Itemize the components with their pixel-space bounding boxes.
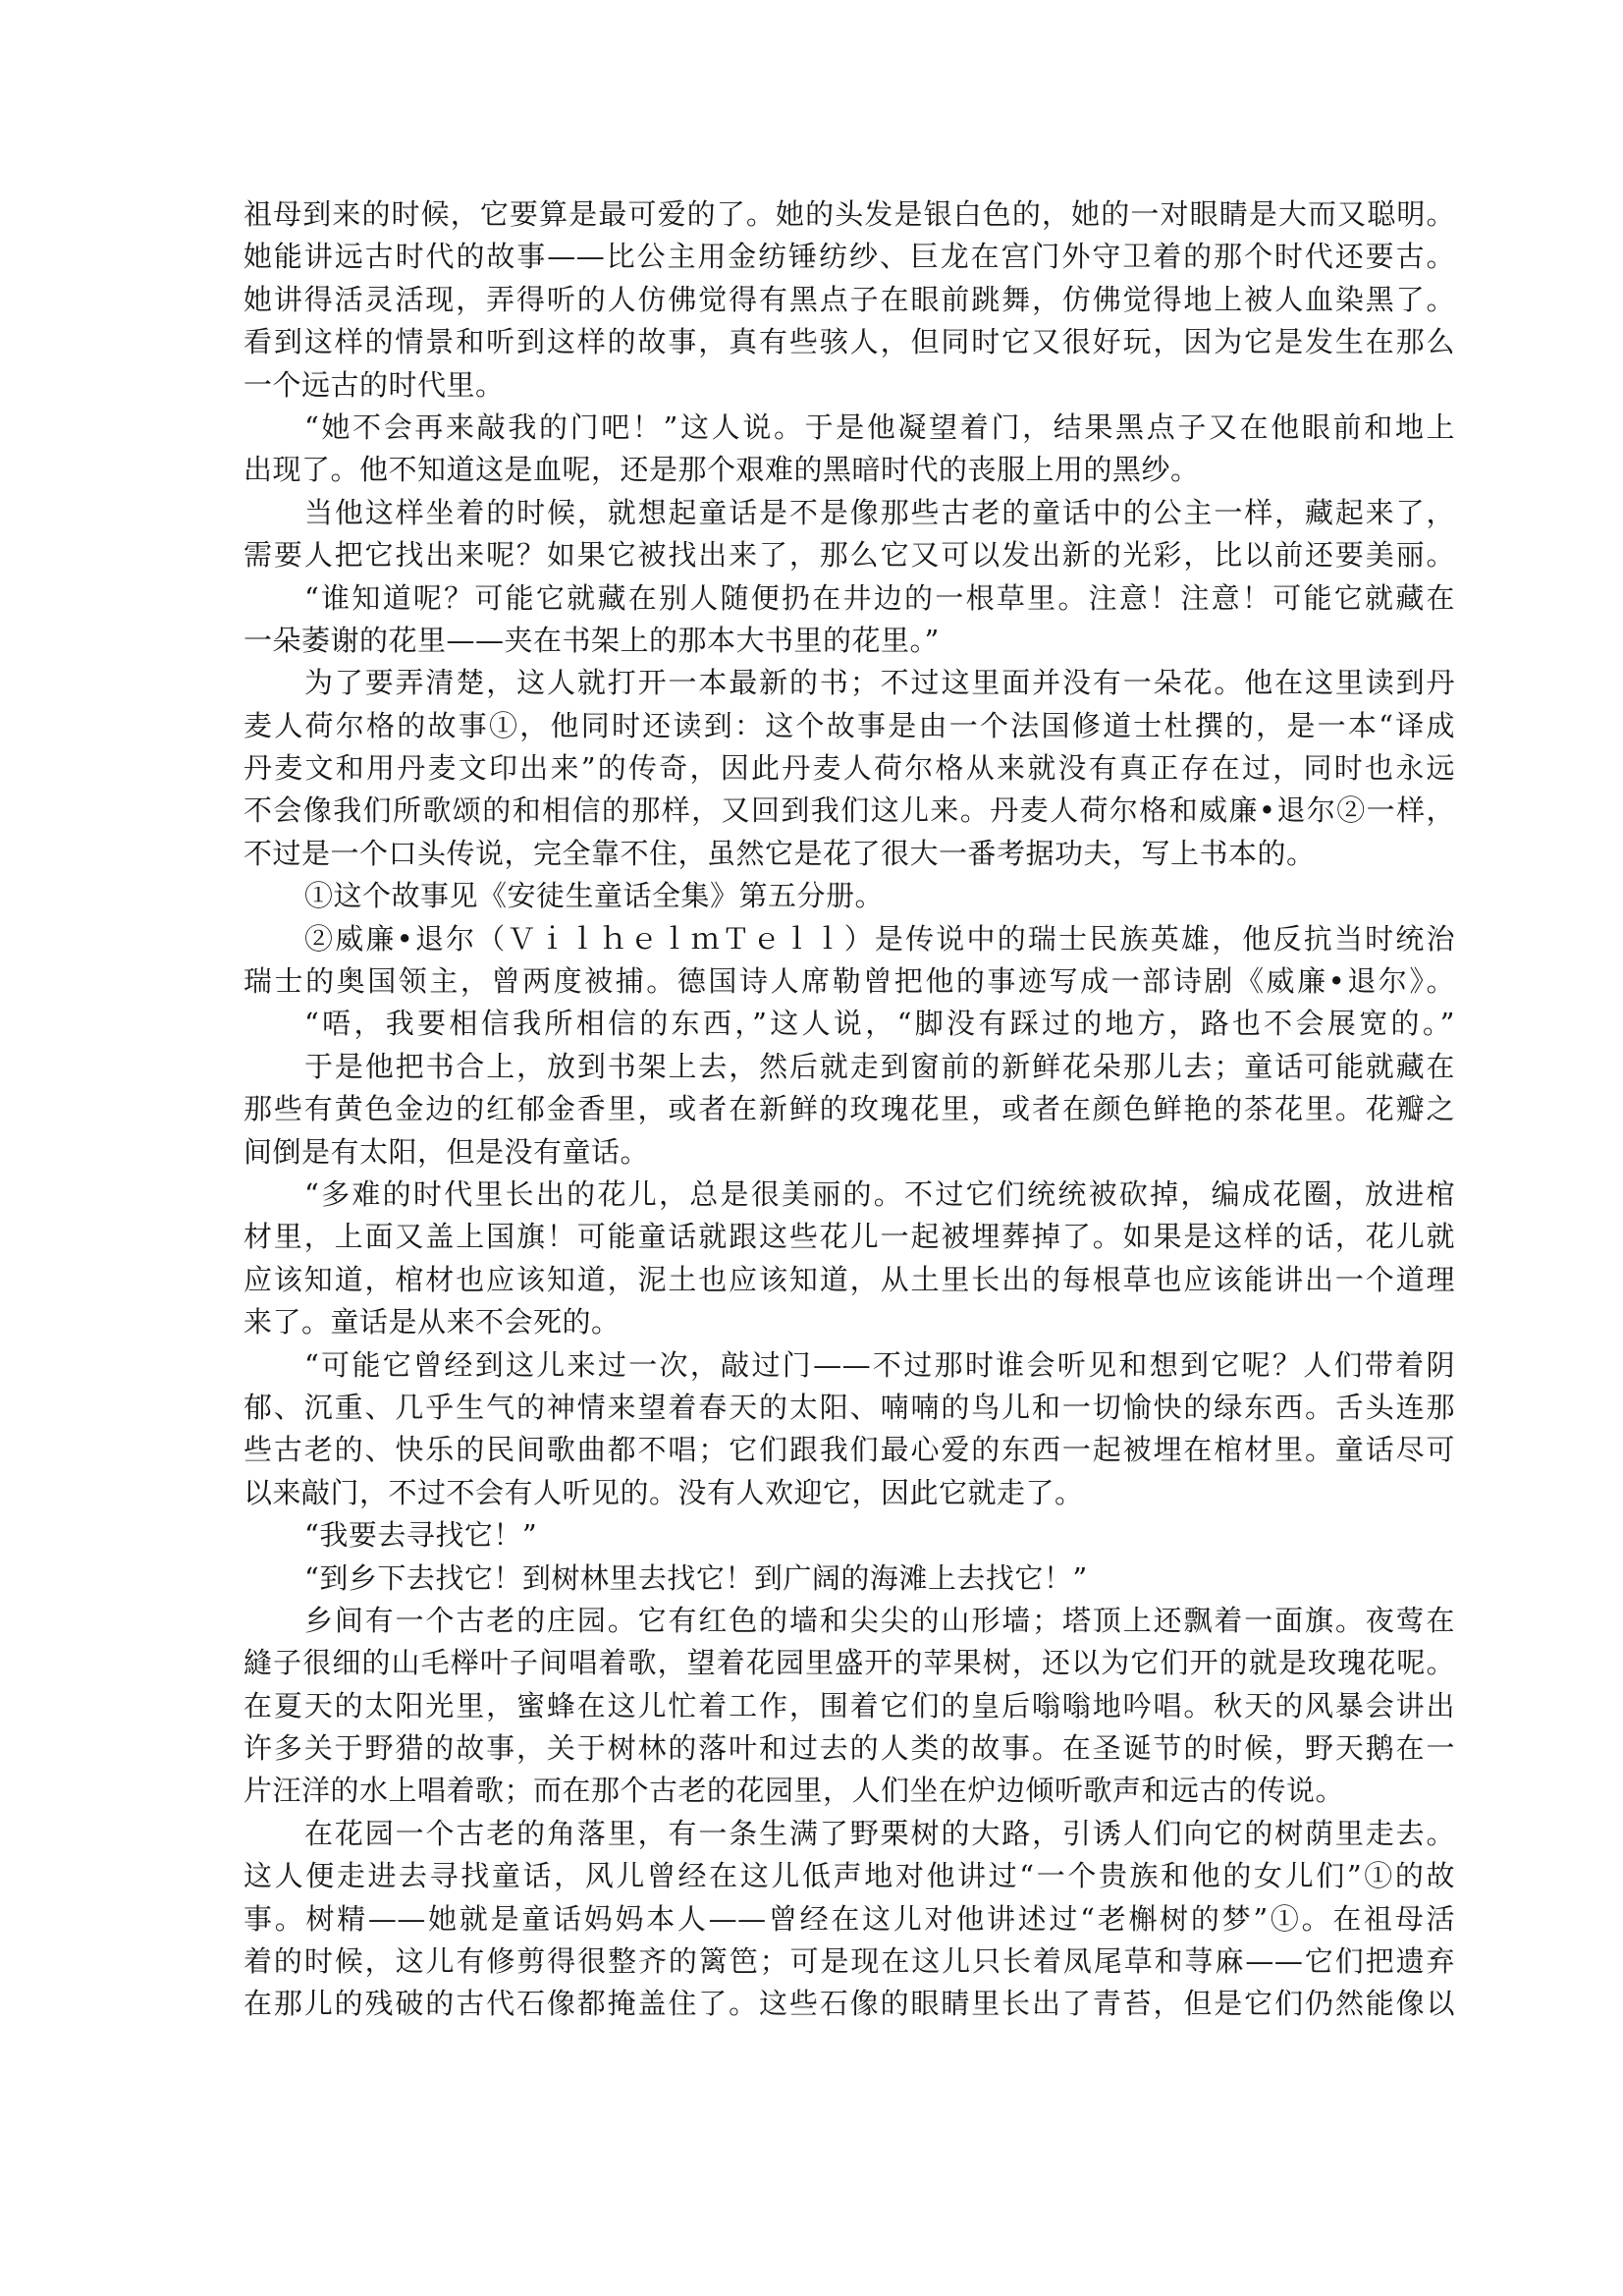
text-line: 于是他把书合上，放到书架上去，然后就走到窗前的新鲜花朵那儿去；童话可能就藏在 (243, 1046, 1455, 1088)
text-line: “到乡下去找它！到树林里去找它！到广阔的海滩上去找它！” (243, 1558, 1455, 1600)
text-line: 在那儿的残破的古代石像都掩盖住了。这些石像的眼睛里长出了青苔，但是它们仍然能像以 (243, 1983, 1455, 2025)
text-line: 当他这样坐着的时候，就想起童话是不是像那些古老的童话中的公主一样，藏起来了， (243, 492, 1455, 534)
text-line: “她不会再来敲我的门吧！”这人说。于是他凝望着门，结果黑点子又在他眼前和地上 (243, 407, 1455, 449)
text-line: 应该知道，棺材也应该知道，泥土也应该知道，从土里长出的每根草也应该能讲出一个道理 (243, 1259, 1455, 1301)
text-line: “谁知道呢？可能它就藏在别人随便扔在井边的一根草里。注意！注意！可能它就藏在 (243, 577, 1455, 620)
text-line: 在花园一个古老的角落里，有一条生满了野栗树的大路，引诱人们向它的树荫里走去。 (243, 1813, 1455, 1855)
document-page: 祖母到来的时候，它要算是最可爱的了。她的头发是银白色的，她的一对眼睛是大而又聪明… (0, 0, 1623, 2296)
text-line: 片汪洋的水上唱着歌；而在那个古老的花园里，人们坐在炉边倾听歌声和远古的传说。 (243, 1770, 1455, 1812)
text-line: 间倒是有太阳，但是没有童话。 (243, 1131, 1455, 1174)
text-line: 郁、沉重、几乎生气的神情来望着春天的太阳、喃喃的鸟儿和一切愉快的绿东西。舌头连那 (243, 1387, 1455, 1429)
text-line: 来了。童话是从来不会死的。 (243, 1301, 1455, 1343)
text-line: 不会像我们所歌颂的和相信的那样，又回到我们这儿来。丹麦人荷尔格和威廉•退尔②一样… (243, 790, 1455, 832)
text-line: 需要人把它找出来呢？如果它被找出来了，那么它又可以发出新的光彩，比以前还要美丽。 (243, 534, 1455, 576)
text-line: 着的时候，这儿有修剪得很整齐的篱笆；可是现在这儿只长着凤尾草和荨麻——它们把遗弃 (243, 1941, 1455, 1983)
text-line: 材里，上面又盖上国旗！可能童话就跟这些花儿一起被埋葬掉了。如果是这样的话，花儿就 (243, 1216, 1455, 1258)
text-line: “多难的时代里长出的花儿，总是很美丽的。不过它们统统被砍掉，编成花圈，放进棺 (243, 1174, 1455, 1216)
text-line: 在夏天的太阳光里，蜜蜂在这儿忙着工作，围着它们的皇后嗡嗡地吟唱。秋天的风暴会讲出 (243, 1685, 1455, 1727)
text-line: 这人便走进去寻找童话，风儿曾经在这儿低声地对他讲过“一个贵族和他的女儿们”①的故 (243, 1855, 1455, 1897)
text-line: 祖母到来的时候，它要算是最可爱的了。她的头发是银白色的，她的一对眼睛是大而又聪明… (243, 193, 1455, 236)
text-line: 丹麦文和用丹麦文印出来”的传奇，因此丹麦人荷尔格从来就没有真正存在过，同时也永远 (243, 747, 1455, 790)
document-text: 祖母到来的时候，它要算是最可爱的了。她的头发是银白色的，她的一对眼睛是大而又聪明… (243, 193, 1455, 2026)
text-line: 一朵萎谢的花里——夹在书架上的那本大书里的花里。” (243, 620, 1455, 662)
text-line: 那些有黄色金边的红郁金香里，或者在新鲜的玫瑰花里，或者在颜色鲜艳的茶花里。花瓣之 (243, 1088, 1455, 1130)
text-line: 一个远古的时代里。 (243, 364, 1455, 407)
text-line: 麦人荷尔格的故事①，他同时还读到：这个故事是由一个法国修道士杜撰的，是一本“译成 (243, 705, 1455, 747)
text-line: 些古老的、快乐的民间歌曲都不唱；它们跟我们最心爱的东西一起被埋在棺材里。童话尽可 (243, 1429, 1455, 1471)
text-line: “唔，我要相信我所相信的东西，”这人说，“脚没有踩过的地方，路也不会展宽的。” (243, 1003, 1455, 1045)
text-line: 出现了。他不知道这是血呢，还是那个艰难的黑暗时代的丧服上用的黑纱。 (243, 449, 1455, 491)
text-line: 縫子很细的山毛榉叶子间唱着歌，望着花园里盛开的苹果树，还以为它们开的就是玫瑰花呢… (243, 1642, 1455, 1684)
text-line: 为了要弄清楚，这人就打开一本最新的书；不过这里面并没有一朵花。他在这里读到丹 (243, 662, 1455, 704)
text-line: 以来敲门，不过不会有人听见的。没有人欢迎它，因此它就走了。 (243, 1472, 1455, 1514)
text-line: 她能讲远古时代的故事——比公主用金纺锤纺纱、巨龙在宫门外守卫着的那个时代还要古。 (243, 236, 1455, 278)
text-line: “可能它曾经到这儿来过一次，敲过门——不过那时谁会听见和想到它呢？人们带着阴 (243, 1344, 1455, 1387)
text-line: 不过是一个口头传说，完全靠不住，虽然它是花了很大一番考据功夫，写上书本的。 (243, 833, 1455, 875)
text-line: “我要去寻找它！” (243, 1514, 1455, 1557)
text-line: ①这个故事见《安徒生童话全集》第五分册。 (243, 875, 1455, 917)
text-line: 瑞士的奥国领主，曾两度被捕。德国诗人席勒曾把他的事迹写成一部诗剧《威廉•退尔》。 (243, 960, 1455, 1003)
text-line: 她讲得活灵活现，弄得听的人仿佛觉得有黑点子在眼前跳舞，仿佛觉得地上被人血染黑了。 (243, 279, 1455, 321)
text-line: 乡间有一个古老的庄园。它有红色的墙和尖尖的山形墙；塔顶上还飘着一面旗。夜莺在 (243, 1600, 1455, 1642)
text-line: 看到这样的情景和听到这样的故事，真有些骇人，但同时它又很好玩，因为它是发生在那么 (243, 321, 1455, 363)
text-line: 事。树精——她就是童话妈妈本人——曾经在这儿对他讲述过“老槲树的梦”①。在祖母活 (243, 1898, 1455, 1941)
text-line: 许多关于野猎的故事，关于树林的落叶和过去的人类的故事。在圣诞节的时候，野天鹅在一 (243, 1727, 1455, 1770)
text-line: ②威廉•退尔（ＶｉｌｈｅｌｍＴｅｌｌ）是传说中的瑞士民族英雄，他反抗当时统治 (243, 918, 1455, 960)
